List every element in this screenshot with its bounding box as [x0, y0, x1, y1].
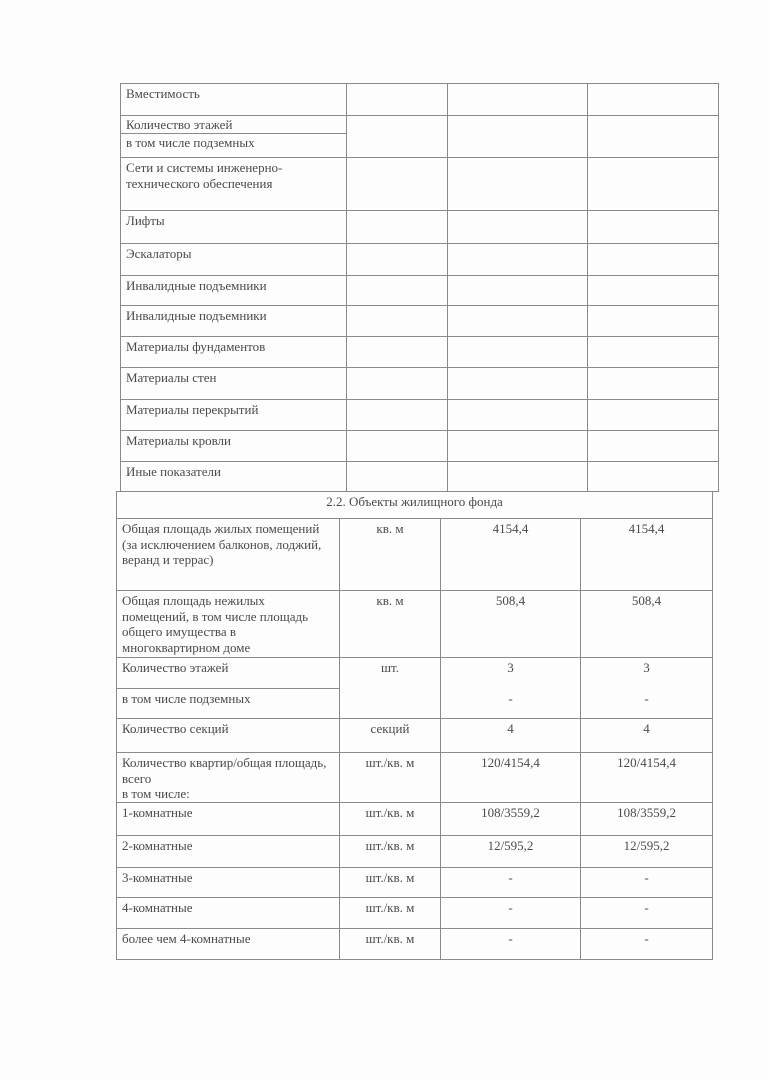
unit-cell — [347, 116, 448, 158]
table-row: Материалы стен — [121, 368, 719, 400]
project-value-cell: - — [441, 867, 581, 897]
actual-value-cell: 508,4 — [581, 591, 713, 658]
section-title: 2.2. Объекты жилищного фонда — [117, 492, 713, 519]
row-label: Количество этажей — [121, 116, 346, 134]
project-value-cell — [448, 431, 588, 462]
project-value-cell — [448, 276, 588, 306]
actual-value-cell — [588, 400, 719, 431]
unit-cell: шт./кв. м — [340, 928, 441, 959]
table-row: Общая площадь жилых помещений (за исключ… — [117, 519, 713, 591]
row-label: Количество этажей — [117, 658, 340, 689]
project-value-cell — [448, 306, 588, 337]
unit-cell — [347, 158, 448, 211]
actual-value-cell — [588, 116, 719, 158]
row-label: 4-комнатные — [117, 897, 340, 928]
table-row: Количество этажей в том числе подземных — [121, 116, 719, 158]
actual-value-cell: - — [581, 689, 713, 719]
actual-value-cell: 120/4154,4 — [581, 753, 713, 803]
row-label: Количество квартир/общая площадь, всего — [122, 755, 334, 786]
unit-cell: кв. м — [340, 519, 441, 591]
project-value-cell: 3 — [441, 658, 581, 689]
row-label: Инвалидные подъемники — [121, 276, 347, 306]
project-value-cell: - — [441, 897, 581, 928]
project-value-cell — [448, 158, 588, 211]
actual-value-cell: - — [581, 897, 713, 928]
row-sublabel: в том числе подземных — [121, 134, 346, 151]
row-label-multiline: Количество квартир/общая площадь, всего … — [117, 753, 340, 803]
row-label: 3-комнатные — [117, 867, 340, 897]
table-row: 2-комнатные шт./кв. м 12/595,2 12/595,2 — [117, 835, 713, 867]
row-label: 2-комнатные — [117, 835, 340, 867]
row-label: Материалы стен — [121, 368, 347, 400]
actual-value-cell: 4 — [581, 719, 713, 753]
unit-cell — [347, 368, 448, 400]
actual-value-cell: 4154,4 — [581, 519, 713, 591]
project-value-cell — [448, 368, 588, 400]
table-row: 1-комнатные шт./кв. м 108/3559,2 108/355… — [117, 802, 713, 835]
project-value-cell — [448, 337, 588, 368]
actual-value-cell: - — [581, 928, 713, 959]
project-value-cell: 508,4 — [441, 591, 581, 658]
table-row: Материалы кровли — [121, 431, 719, 462]
table-row: Инвалидные подъемники — [121, 306, 719, 337]
actual-value-cell — [588, 84, 719, 116]
row-label: Эскалаторы — [121, 244, 347, 276]
project-value-cell: - — [441, 689, 581, 719]
table-row: Материалы перекрытий — [121, 400, 719, 431]
table-row: Количество этажей шт. 3 3 — [117, 658, 713, 689]
row-label: в том числе подземных — [117, 689, 340, 719]
table-row: Общая площадь нежилых помещений, в том ч… — [117, 591, 713, 658]
table-row: Сети и системы инженерно-технического об… — [121, 158, 719, 211]
section-header-row: 2.2. Объекты жилищного фонда — [117, 492, 713, 519]
project-value-cell: 108/3559,2 — [441, 802, 581, 835]
unit-cell — [347, 276, 448, 306]
table-row: 3-комнатные шт./кв. м - - — [117, 867, 713, 897]
project-value-cell — [448, 244, 588, 276]
unit-cell — [347, 211, 448, 244]
table-row: Инвалидные подъемники — [121, 276, 719, 306]
row-label: Лифты — [121, 211, 347, 244]
table-residential-objects: 2.2. Объекты жилищного фонда Общая площа… — [116, 491, 713, 960]
unit-cell — [347, 431, 448, 462]
actual-value-cell: - — [581, 867, 713, 897]
actual-value-cell — [588, 368, 719, 400]
unit-cell — [347, 84, 448, 116]
actual-value-cell: 12/595,2 — [581, 835, 713, 867]
row-label: Общая площадь жилых помещений (за исключ… — [117, 519, 340, 591]
project-value-cell: - — [441, 928, 581, 959]
table-row: Иные показатели — [121, 462, 719, 492]
actual-value-cell — [588, 244, 719, 276]
row-label: более чем 4-комнатные — [117, 928, 340, 959]
unit-cell: шт./кв. м — [340, 753, 441, 803]
unit-cell — [347, 306, 448, 337]
row-label: Материалы перекрытий — [121, 400, 347, 431]
unit-cell: секций — [340, 719, 441, 753]
table-row: Вместимость — [121, 84, 719, 116]
scanned-document-page: Вместимость Количество этажей в том числ… — [0, 0, 769, 1080]
unit-cell — [347, 462, 448, 492]
row-label: Материалы кровли — [121, 431, 347, 462]
actual-value-cell — [588, 158, 719, 211]
row-label: Вместимость — [121, 84, 347, 116]
unit-cell: шт./кв. м — [340, 802, 441, 835]
actual-value-cell — [588, 306, 719, 337]
table-row: Количество квартир/общая площадь, всего … — [117, 753, 713, 803]
unit-cell — [347, 400, 448, 431]
unit-cell: шт./кв. м — [340, 897, 441, 928]
project-value-cell — [448, 84, 588, 116]
unit-cell: кв. м — [340, 591, 441, 658]
row-label-split: Количество этажей в том числе подземных — [121, 116, 347, 158]
project-value-cell — [448, 116, 588, 158]
unit-cell: шт./кв. м — [340, 867, 441, 897]
row-label: Иные показатели — [121, 462, 347, 492]
project-value-cell — [448, 462, 588, 492]
row-label: Количество секций — [117, 719, 340, 753]
table-row: Лифты — [121, 211, 719, 244]
row-label: Сети и системы инженерно-технического об… — [121, 158, 347, 211]
table-row: Эскалаторы — [121, 244, 719, 276]
project-value-cell: 4154,4 — [441, 519, 581, 591]
table-row: более чем 4-комнатные шт./кв. м - - — [117, 928, 713, 959]
actual-value-cell — [588, 337, 719, 368]
actual-value-cell — [588, 211, 719, 244]
row-label: 1-комнатные — [117, 802, 340, 835]
project-value-cell: 12/595,2 — [441, 835, 581, 867]
unit-cell — [347, 244, 448, 276]
actual-value-cell — [588, 431, 719, 462]
project-value-cell: 120/4154,4 — [441, 753, 581, 803]
actual-value-cell: 108/3559,2 — [581, 802, 713, 835]
row-label: Инвалидные подъемники — [121, 306, 347, 337]
actual-value-cell: 3 — [581, 658, 713, 689]
table-row: Количество секций секций 4 4 — [117, 719, 713, 753]
row-label: Материалы фундаментов — [121, 337, 347, 368]
actual-value-cell — [588, 462, 719, 492]
table-row: 4-комнатные шт./кв. м - - — [117, 897, 713, 928]
table-row: Материалы фундаментов — [121, 337, 719, 368]
row-label: Общая площадь нежилых помещений, в том ч… — [117, 591, 340, 658]
unit-cell — [347, 337, 448, 368]
project-value-cell — [448, 400, 588, 431]
row-label-note: в том числе: — [122, 786, 334, 802]
unit-cell: шт./кв. м — [340, 835, 441, 867]
project-value-cell — [448, 211, 588, 244]
unit-cell: шт. — [340, 658, 441, 719]
project-value-cell: 4 — [441, 719, 581, 753]
table-building-characteristics: Вместимость Количество этажей в том числ… — [120, 83, 719, 492]
actual-value-cell — [588, 276, 719, 306]
